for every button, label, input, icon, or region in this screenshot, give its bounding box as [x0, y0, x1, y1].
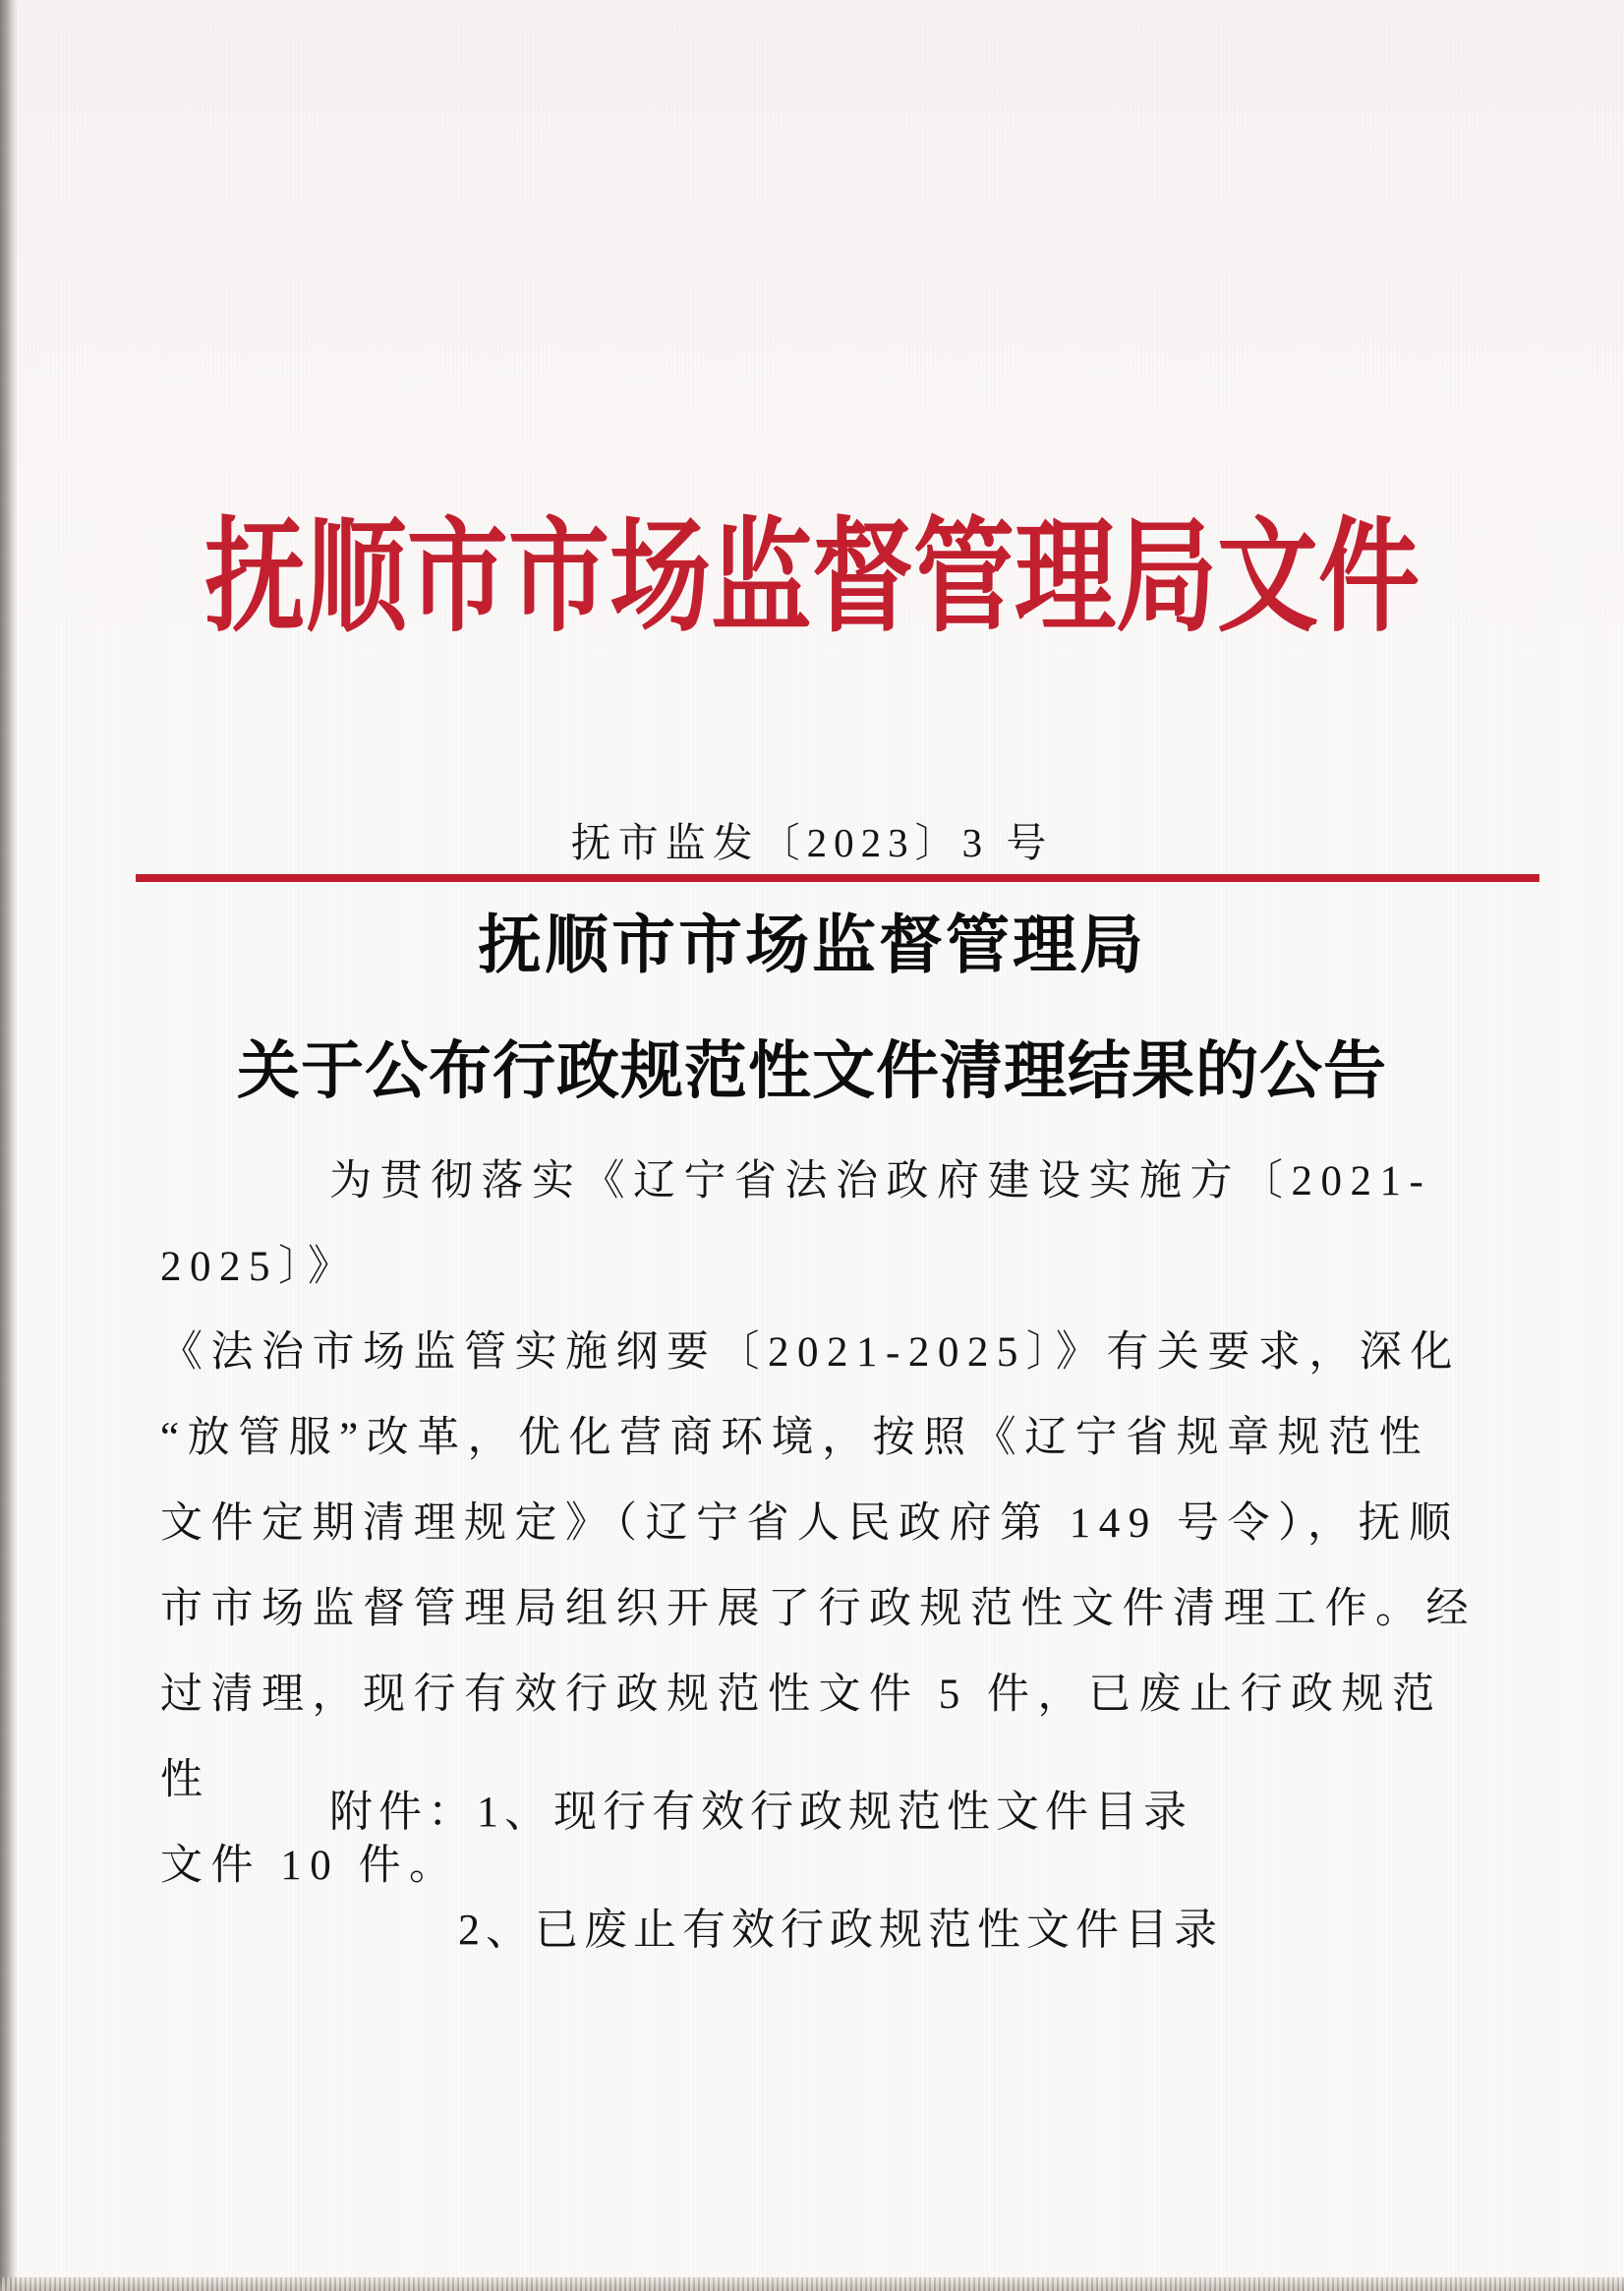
- document-number: 抚市监发〔2023〕3 号: [0, 810, 1624, 868]
- attachment-list-item-1: 附件：1、现行有效行政规范性文件目录: [329, 1776, 1192, 1839]
- document-title-line1: 抚顺市市场监督管理局: [0, 893, 1624, 985]
- document-title-line2: 关于公布行政规范性文件清理结果的公告: [0, 1021, 1624, 1111]
- attachment-list-item-2: 2、已废止有效行政规范性文件目录: [458, 1894, 1223, 1957]
- red-divider-line: [136, 874, 1539, 882]
- scan-left-edge: [0, 0, 18, 2291]
- scanned-document-page: 抚顺市市场监督管理局文件 抚市监发〔2023〕3 号 抚顺市市场监督管理局 关于…: [0, 0, 1624, 2291]
- scan-bottom-edge: [0, 2277, 1624, 2291]
- agency-header-title: 抚顺市市场监督管理局文件: [0, 478, 1624, 656]
